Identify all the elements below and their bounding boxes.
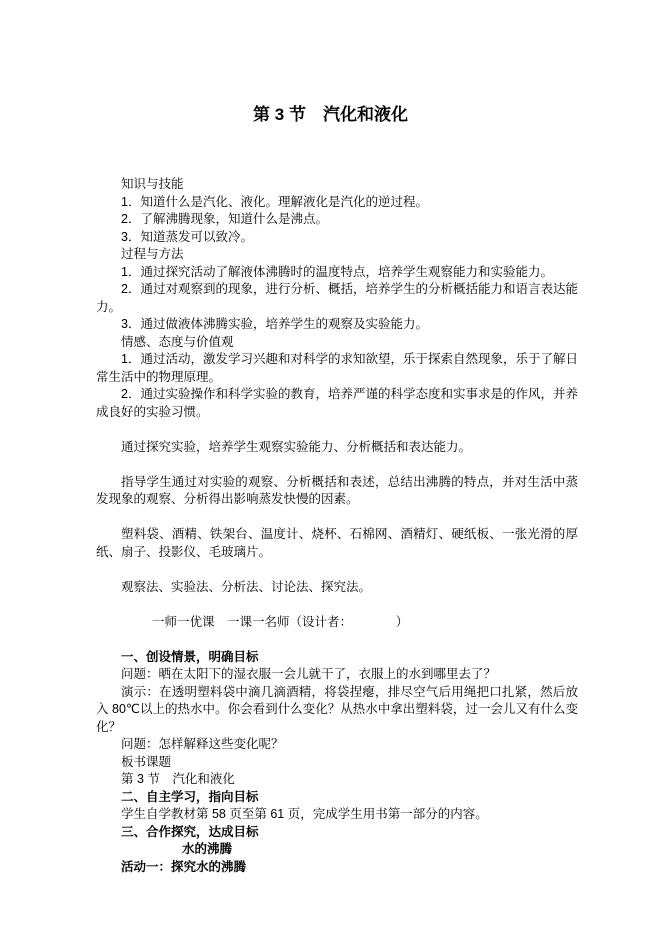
- paragraph: 塑料袋、酒精、铁架台、温度计、烧杯、石棉网、酒精灯、硬纸板、一张光滑的厚纸、扇子…: [96, 526, 578, 561]
- blank-line: [96, 509, 578, 527]
- blank-line: [96, 631, 578, 649]
- paragraph: 一、创设情景，明确目标: [96, 649, 578, 667]
- blank-line: [96, 421, 578, 439]
- paragraph: 1．通过探究活动了解液体沸腾时的温度特点，培养学生观察能力和实验能力。: [96, 264, 578, 282]
- paragraph: 知识与技能: [96, 176, 578, 194]
- paragraph: 1．通过活动，激发学习兴趣和对科学的求知欲望，乐于探索自然现象，乐于了解日常生活…: [96, 351, 578, 386]
- paragraph: 活动一：探究水的沸腾: [96, 859, 578, 877]
- paragraph: 2．通过对观察到的现象，进行分析、概括，培养学生的分析概括能力和语言表达能力。: [96, 281, 578, 316]
- document-title: 第 3 节 汽化和液化: [0, 100, 661, 125]
- paragraph: 过程与方法: [96, 246, 578, 264]
- document-body: 知识与技能1．知道什么是汽化、液化。理解液化是汽化的逆过程。2．了解沸腾现象，知…: [96, 176, 578, 876]
- paragraph: 问题：怎样解释这些变化呢？: [96, 736, 578, 754]
- paragraph: 3．通过做液体沸腾实验，培养学生的观察及实验能力。: [96, 316, 578, 334]
- paragraph: 第 3 节 汽化和液化: [96, 771, 578, 789]
- paragraph: 水的沸腾: [96, 841, 578, 859]
- paragraph: 2．了解沸腾现象，知道什么是沸点。: [96, 211, 578, 229]
- paragraph: 指导学生通过对实验的观察、分析概括和表述，总结出沸腾的特点，并对生活中蒸发现象的…: [96, 474, 578, 509]
- paragraph: 一师一优课 一课一名师（设计者： ）: [96, 614, 578, 632]
- paragraph: 板书课题: [96, 754, 578, 772]
- document-page: 第 3 节 汽化和液化 知识与技能1．知道什么是汽化、液化。理解液化是汽化的逆过…: [0, 0, 661, 935]
- paragraph: 演示：在透明塑料袋中滴几滴酒精，将袋捏瘪，排尽空气后用绳把口扎紧，然后放入 80…: [96, 684, 578, 737]
- paragraph: 问题：晒在太阳下的湿衣服一会儿就干了，衣服上的水到哪里去了？: [96, 666, 578, 684]
- paragraph: 学生自学教材第 58 页至第 61 页，完成学生用书第一部分的内容。: [96, 806, 578, 824]
- paragraph: 三、合作探究，达成目标: [96, 824, 578, 842]
- paragraph: 1．知道什么是汽化、液化。理解液化是汽化的逆过程。: [96, 194, 578, 212]
- paragraph: 情感、态度与价值观: [96, 334, 578, 352]
- blank-line: [96, 456, 578, 474]
- paragraph: 2．通过实验操作和科学实验的教育，培养严谨的科学态度和实事求是的作风，并养成良好…: [96, 386, 578, 421]
- paragraph: 二、自主学习，指向目标: [96, 789, 578, 807]
- blank-line: [96, 596, 578, 614]
- blank-line: [96, 561, 578, 579]
- paragraph: 通过探究实验，培养学生观察实验能力、分析概括和表达能力。: [96, 439, 578, 457]
- paragraph: 3．知道蒸发可以致冷。: [96, 229, 578, 247]
- paragraph: 观察法、实验法、分析法、讨论法、探究法。: [96, 579, 578, 597]
